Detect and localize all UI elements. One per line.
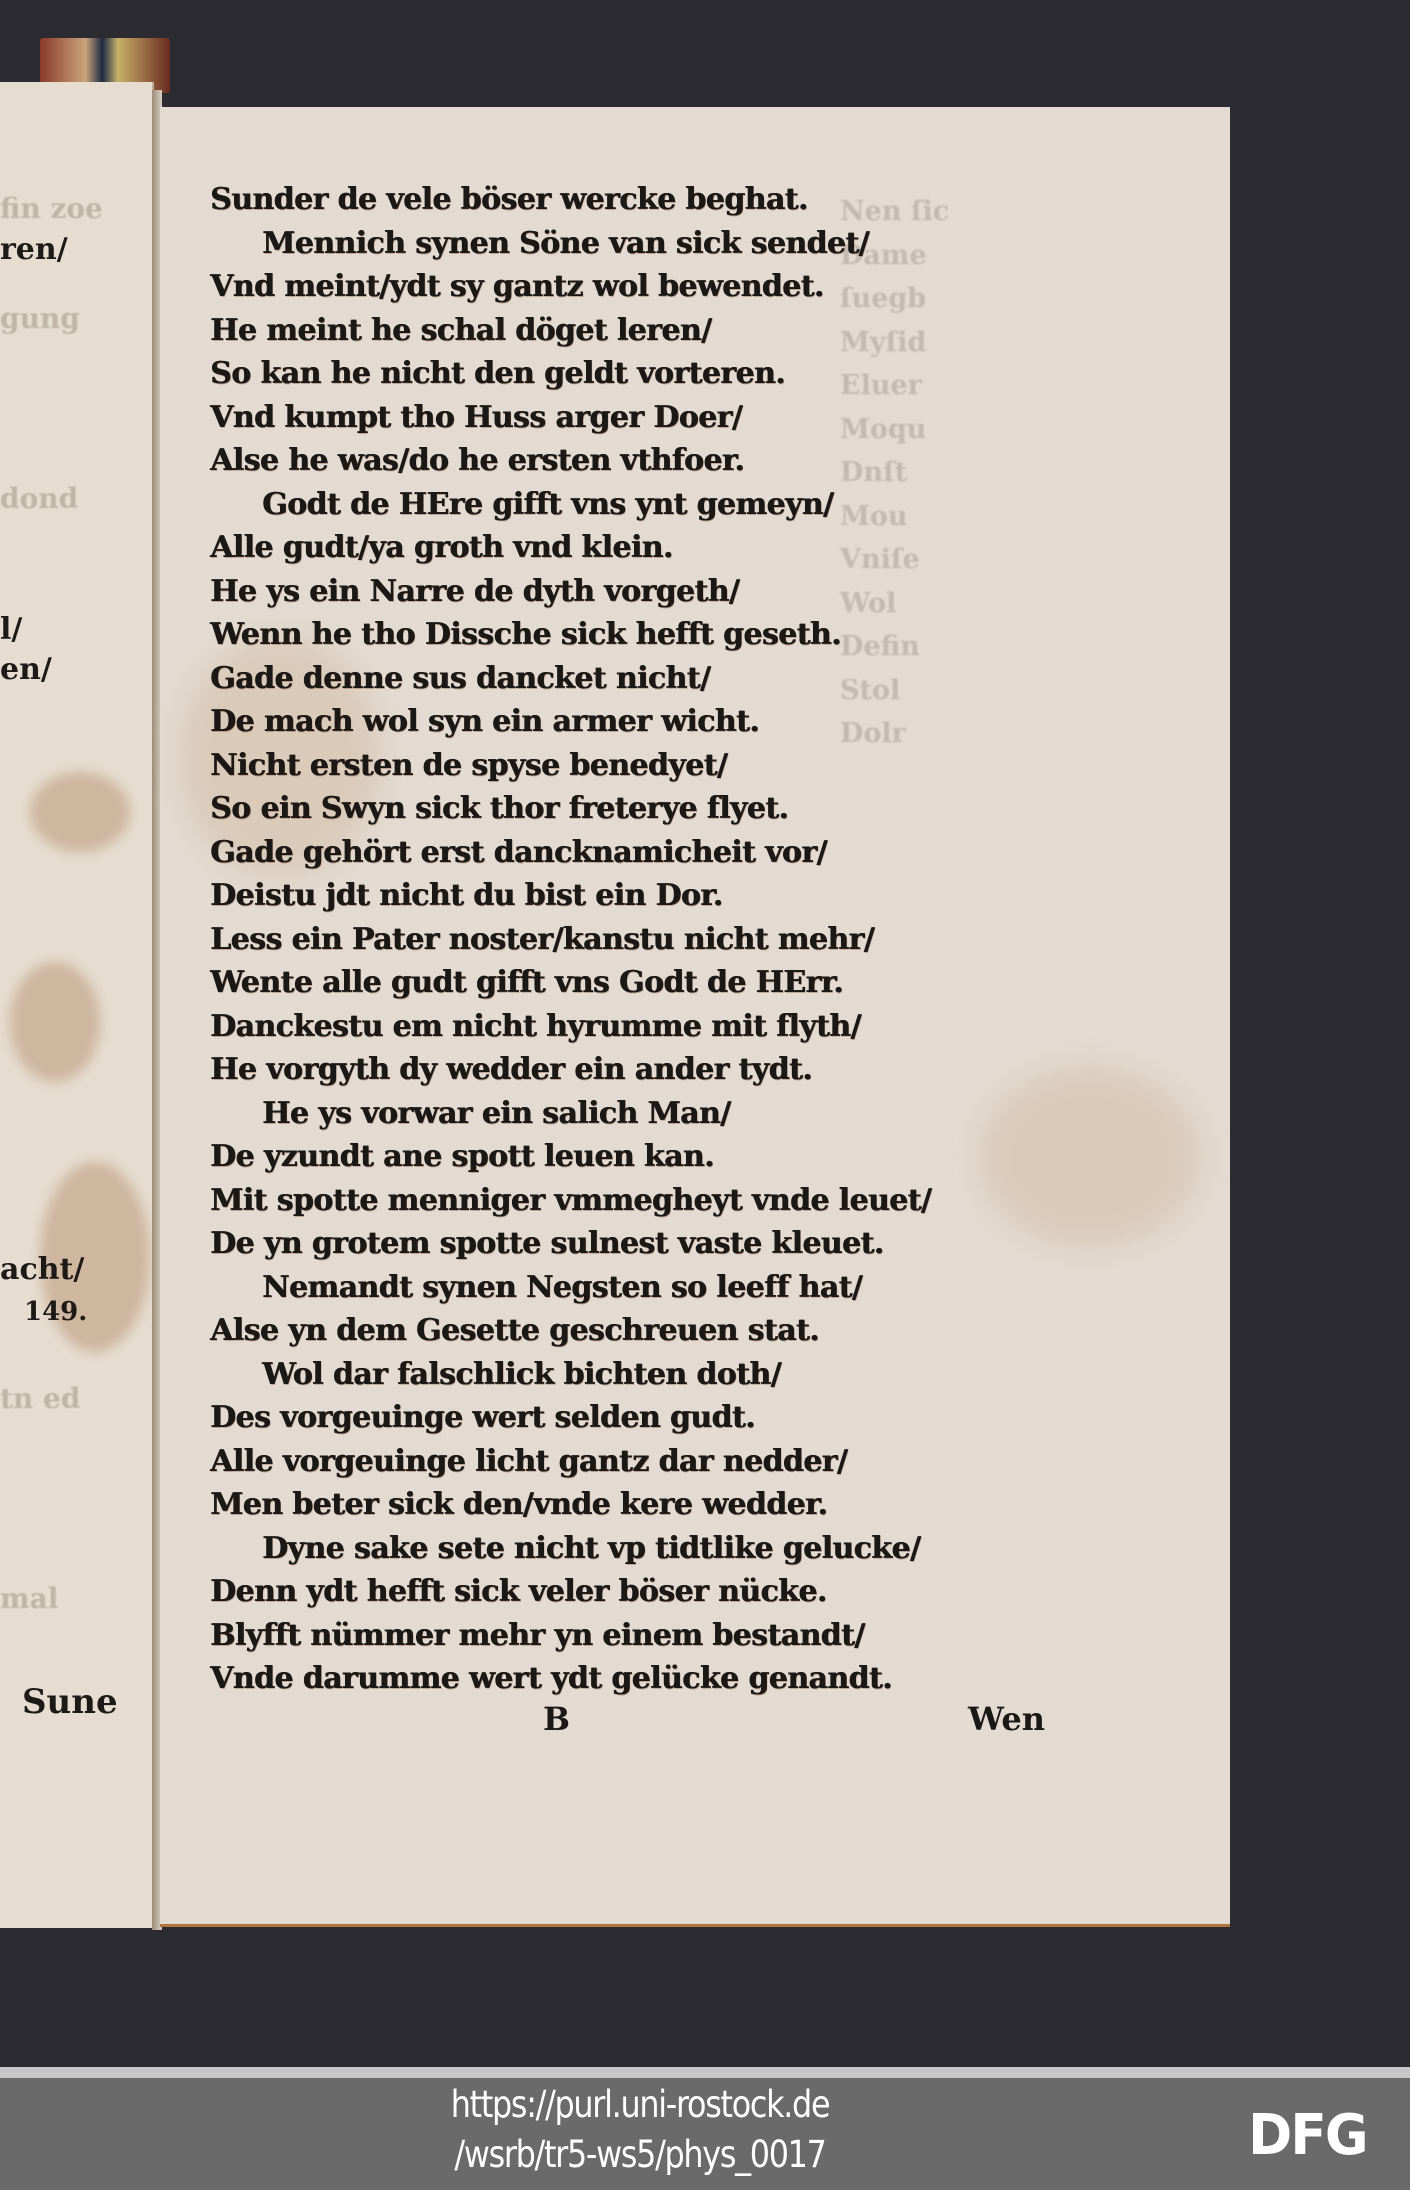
text-line: Wente alle gudt gifft vns Godt de HErr. [210,961,1110,1005]
left-page-fragment: en/ [0,652,52,687]
catchword-left: Sune [22,1682,118,1722]
left-page: fin zoe gung dond tn ed mal ren/ l/ en/ … [0,82,154,1928]
text-line: Gade denne sus dancket nicht/ [210,657,1110,701]
catchword: Wen [968,1700,1045,1738]
text-line: Dyne sake sete nicht vp tidtlike gelucke… [210,1527,1110,1571]
text-line: Vnd meint/ydt sy gantz wol bewendet. [210,265,1110,309]
text-line: Deistu jdt nicht du bist ein Dor. [210,874,1110,918]
text-line: Des vorgeuinge wert selden gudt. [210,1396,1110,1440]
text-line: Wol dar falschlick bichten doth/ [210,1353,1110,1397]
text-line: Blyfft nümmer mehr yn einem bestandt/ [210,1614,1110,1658]
text-line: Sunder de vele böser wercke beghat. [210,178,1110,222]
text-line: He ys ein Narre de dyth vorgeth/ [210,570,1110,614]
text-line: He ys vorwar ein salich Man/ [210,1092,1110,1136]
text-line: Alse he was/do he ersten vthfoer. [210,439,1110,483]
text-line: Wenn he tho Dissche sick hefft geseth. [210,613,1110,657]
text-line: Alle vorgeuinge licht gantz dar nedder/ [210,1440,1110,1484]
text-line: Mennich synen Söne van sick sendet/ [210,222,1110,266]
text-line: De yn grotem spotte sulnest vaste kleuet… [210,1222,1110,1266]
text-line: Nicht ersten de spyse benedyet/ [210,744,1110,788]
text-line: He meint he schal döget leren/ [210,309,1110,353]
text-line: Alle gudt/ya groth vnd klein. [210,526,1110,570]
dfg-logo-icon: DFG [1248,2103,1366,2168]
bleed-through-text: dond [0,482,78,515]
permalink-line-2[interactable]: /wsrb/tr5-ws5/phys_0017 [90,2133,1191,2176]
text-line: He vorgyth dy wedder ein ander tydt. [210,1048,1110,1092]
text-line: Mit spotte menniger vmmegheyt vnde leuet… [210,1179,1110,1223]
permalink-line-1[interactable]: https://purl.uni-rostock.de [90,2083,1191,2126]
left-page-fragment: l/ [0,612,22,647]
text-line: So kan he nicht den geldt vorteren. [210,352,1110,396]
water-stain [10,962,100,1082]
footer-banner: https://purl.uni-rostock.de /wsrb/tr5-ws… [0,2078,1410,2190]
text-line: De mach wol syn ein armer wicht. [210,700,1110,744]
text-line: Vnde darumme wert ydt gelücke genandt. [210,1657,1110,1701]
footer-divider [0,2067,1410,2078]
text-line: Godt de HEre gifft vns ynt gemeyn/ [210,483,1110,527]
page-text: Sunder de vele böser wercke beghat. Menn… [210,178,1110,1701]
bleed-through-text: gung [0,302,80,335]
page-number: 149. [24,1297,87,1327]
text-line: Less ein Pater noster/kanstu nicht mehr/ [210,918,1110,962]
left-page-fragment: acht/ [0,1252,84,1287]
text-line: Gade gehört erst dancknamicheit vor/ [210,831,1110,875]
bleed-through-text: tn ed [0,1382,80,1415]
text-line: Alse yn dem Gesette geschreuen stat. [210,1309,1110,1353]
left-page-fragment: ren/ [0,232,68,267]
text-line: So ein Swyn sick thor freterye flyet. [210,787,1110,831]
text-line: Nemandt synen Negsten so leeff hat/ [210,1266,1110,1310]
text-line: Men beter sick den/vnde kere wedder. [210,1483,1110,1527]
bleed-through-text: fin zoe [0,192,103,225]
text-line: Danckestu em nicht hyrumme mit flyth/ [210,1005,1110,1049]
water-stain [30,772,130,852]
text-line: De yzundt ane spott leuen kan. [210,1135,1110,1179]
text-line: Denn ydt hefft sick veler böser nücke. [210,1570,1110,1614]
signature-mark: B [543,1700,570,1738]
bleed-through-text: mal [0,1582,58,1615]
text-line: Vnd kumpt tho Huss arger Doer/ [210,396,1110,440]
